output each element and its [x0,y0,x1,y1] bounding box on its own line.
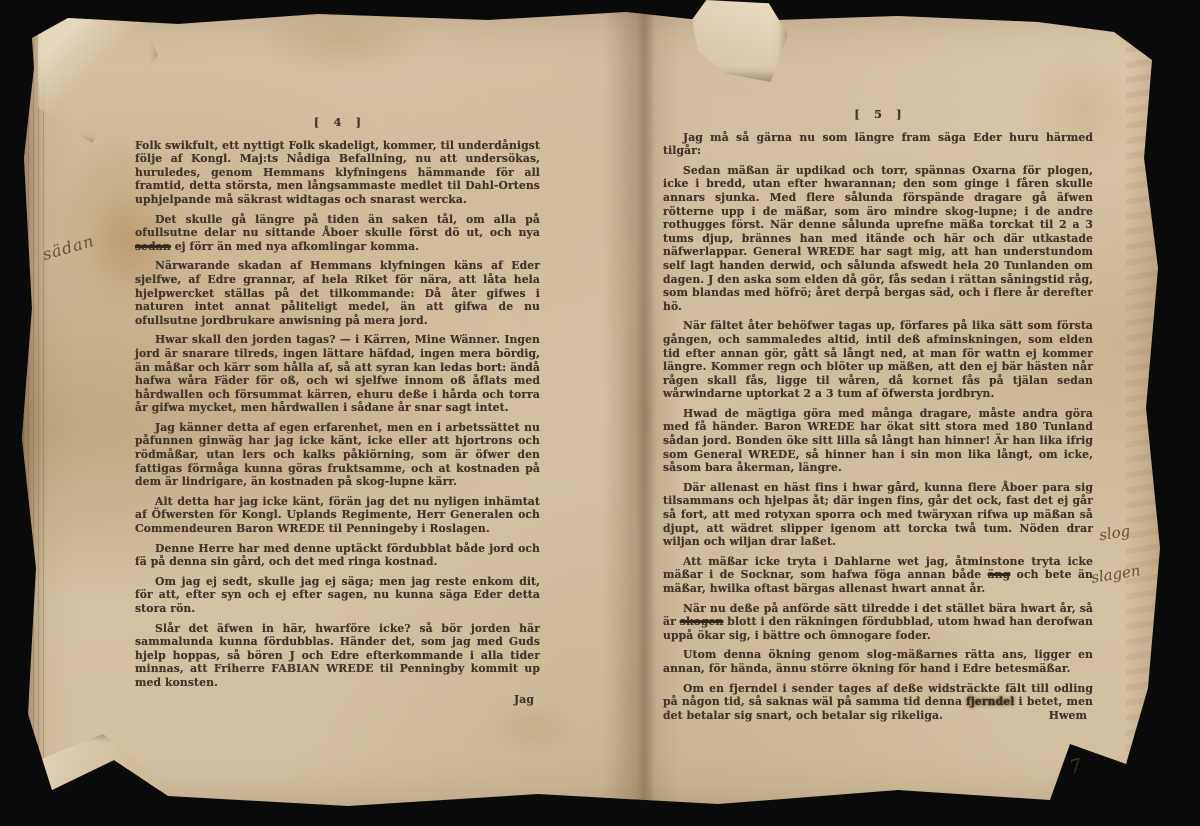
paragraph: Där allenast en häst fins i hwar gård, k… [663,481,1093,549]
paragraph-text: Där allenast en häst fins i hwar gård, k… [663,481,1093,548]
paragraph: Alt detta har jag icke känt, förän jag d… [135,495,540,536]
paragraph-text: Jag känner detta af egen erfarenhet, men… [135,421,540,488]
paragraph-text: Närwarande skadan af Hemmans klyfningen … [135,259,540,326]
paragraph: Att mäßar icke tryta i Dahlarne wet jag,… [663,555,1093,596]
paragraph: Hwar skall den jorden tagas? — i Kärren,… [135,333,540,415]
struck-word: äng [988,568,1011,581]
wrinkled-page-edge [1126,32,1178,782]
page-4: [ 4 ] Folk swikfult, ett nyttigt Folk sk… [135,116,540,706]
paragraph: När nu deße på anförde sätt tilredde i d… [663,602,1093,643]
paragraph: Det skulle gå längre på tiden än saken t… [135,213,540,254]
paragraph: Jag må så gärna nu som längre fram säga … [663,131,1093,158]
pen-mark: 7 [1068,755,1084,778]
page-number: [ 5 ] [663,108,1093,122]
page-stack-edge [18,16,48,800]
stain [488,698,578,758]
paragraph-text: Slår det äfwen in här, hwarföre icke? så… [135,622,540,689]
paragraph-text: Folk swikfult, ett nyttigt Folk skadelig… [135,139,540,206]
paragraph-text: Om jag ej sedt, skulle jag ej säga; men … [135,575,540,615]
paragraph-text: blott i den räkningen fördubblad, utom h… [663,615,1093,642]
paragraph-text: ej förr än med nya afkomlingar komma. [171,240,419,253]
paragraph: Hwad de mägtiga göra med många dragare, … [663,407,1093,475]
paragraph-text: Hwar skall den jorden tagas? — i Kärren,… [135,333,540,414]
paragraph-text: Alt detta har jag icke känt, förän jag d… [135,495,540,535]
catchword: Jag [135,693,540,707]
page-5: [ 5 ] Jag må så gärna nu som längre fram… [663,108,1093,722]
struck-word: skogen [680,615,724,628]
paragraph: Om jag ej sedt, skulle jag ej säga; men … [135,575,540,616]
paragraph-text: När fältet åter behöfwer tagas up, förfa… [663,319,1093,400]
paragraph-text: Denne Herre har med denne uptäckt fördub… [135,542,540,569]
book-page-spread: [ 4 ] Folk swikfult, ett nyttigt Folk sk… [18,8,1188,812]
paragraph-text: Det skulle gå längre på tiden än saken t… [135,213,540,240]
struck-word: sedan [135,240,171,253]
paragraph: Sedan mäßan är updikad och torr, spännas… [663,164,1093,314]
paragraph: Slår det äfwen in här, hwarföre icke? så… [135,622,540,690]
page-number: [ 4 ] [135,116,540,130]
paragraph: Jag känner detta af egen erfarenhet, men… [135,421,540,489]
paragraph-text: Utom denna ökning genom slog-mäßarnes rä… [663,648,1093,675]
paragraph-text: Hwad de mägtiga göra med många dragare, … [663,407,1093,474]
paragraph: Folk swikfult, ett nyttigt Folk skadelig… [135,139,540,207]
paragraph: Denne Herre har med denne uptäckt fördub… [135,542,540,569]
scanned-book-spread: [ 4 ] Folk swikfult, ett nyttigt Folk sk… [0,0,1200,826]
stain [258,0,428,78]
paragraph: När fältet åter behöfwer tagas up, förfa… [663,319,1093,401]
paragraph: Utom denna ökning genom slog-mäßarnes rä… [663,648,1093,675]
paragraph: Närwarande skadan af Hemmans klyfningen … [135,259,540,327]
smudged-word: fjerndel [966,695,1014,708]
paragraph-text: Sedan mäßan är updikad och torr, spännas… [663,164,1093,313]
paragraph-text: Jag må så gärna nu som längre fram säga … [663,131,1093,158]
